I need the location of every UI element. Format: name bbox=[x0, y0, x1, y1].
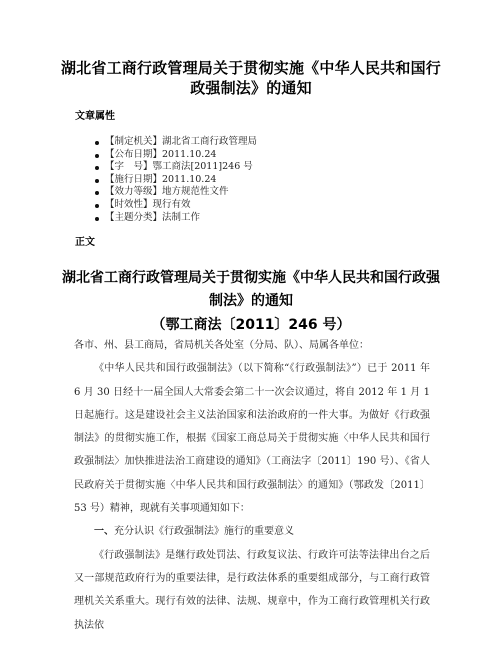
bullet-icon bbox=[95, 217, 99, 221]
attribute-value: 法制工作 bbox=[162, 212, 200, 223]
paragraph-2: 《行政强制法》是继行政处罚法、行政复议法、行政许可法等法律出台之后又一部规范政府… bbox=[74, 544, 430, 637]
bullet-icon bbox=[95, 166, 99, 170]
salutation: 各市、州、县工商局，省局机关各处室（分局、队）、局属各单位： bbox=[74, 334, 430, 357]
attribute-key: 【施行日期】 bbox=[105, 174, 162, 185]
attribute-key: 【主题分类】 bbox=[105, 212, 162, 223]
attribute-value: 湖北省工商行政管理局 bbox=[162, 136, 257, 147]
body-text: 各市、州、县工商局，省局机关各处室（分局、队）、局属各单位： 《中华人民共和国行… bbox=[74, 334, 430, 637]
attribute-key: 【效力等级】 bbox=[105, 186, 162, 197]
document-title: 湖北省工商行政管理局关于贯彻实施《中华人民共和国行政强制法》的通知 bbox=[60, 58, 442, 98]
attribute-item-doc-number: 【字 号】鄂工商法[2011]246 号 bbox=[95, 161, 257, 174]
attributes-section-label: 文章属性 bbox=[75, 111, 115, 123]
attribute-key: 【时效性】 bbox=[105, 199, 153, 210]
attribute-item-publish-date: 【公布日期】2011.10.24 bbox=[95, 149, 257, 162]
attribute-item-validity: 【时效性】现行有效 bbox=[95, 199, 257, 212]
attribute-value: 2011.10.24 bbox=[162, 149, 216, 160]
attribute-key: 【字 号】 bbox=[105, 161, 153, 172]
attribute-key: 【制定机关】 bbox=[105, 136, 162, 147]
body-section-label: 正文 bbox=[75, 237, 95, 249]
body-title: 湖北省工商行政管理局关于贯彻实施《中华人民共和国行政强制法》的通知 bbox=[60, 267, 442, 313]
attribute-value: 地方规范性文件 bbox=[162, 186, 229, 197]
attributes-list: 【制定机关】湖北省工商行政管理局 【公布日期】2011.10.24 【字 号】鄂… bbox=[95, 136, 257, 224]
document-number: （鄂工商法〔2011〕246 号） bbox=[60, 314, 442, 336]
attribute-value: 鄂工商法[2011]246 号 bbox=[153, 161, 253, 172]
section-heading-number: 一、 bbox=[94, 526, 114, 537]
document-page: 湖北省工商行政管理局关于贯彻实施《中华人民共和国行政强制法》的通知 文章属性 【… bbox=[0, 0, 502, 649]
paragraph-1: 《中华人民共和国行政强制法》（以下简称“《行政强制法》”）已于 2011 年 6… bbox=[74, 357, 430, 520]
bullet-icon bbox=[95, 154, 99, 158]
attribute-item-effective-date: 【施行日期】2011.10.24 bbox=[95, 174, 257, 187]
attribute-key: 【公布日期】 bbox=[105, 149, 162, 160]
attribute-item-issuer: 【制定机关】湖北省工商行政管理局 bbox=[95, 136, 257, 149]
section-heading-1: 一、充分认识《行政强制法》施行的重要意义 bbox=[74, 520, 430, 543]
attribute-value: 现行有效 bbox=[153, 199, 191, 210]
bullet-icon bbox=[95, 179, 99, 183]
bullet-icon bbox=[95, 191, 99, 195]
attribute-item-category: 【主题分类】法制工作 bbox=[95, 212, 257, 225]
attribute-item-legal-level: 【效力等级】地方规范性文件 bbox=[95, 186, 257, 199]
bullet-icon bbox=[95, 141, 99, 145]
attribute-value: 2011.10.24 bbox=[162, 174, 216, 185]
bullet-icon bbox=[95, 204, 99, 208]
section-heading-text: 充分认识《行政强制法》施行的重要意义 bbox=[114, 526, 294, 537]
